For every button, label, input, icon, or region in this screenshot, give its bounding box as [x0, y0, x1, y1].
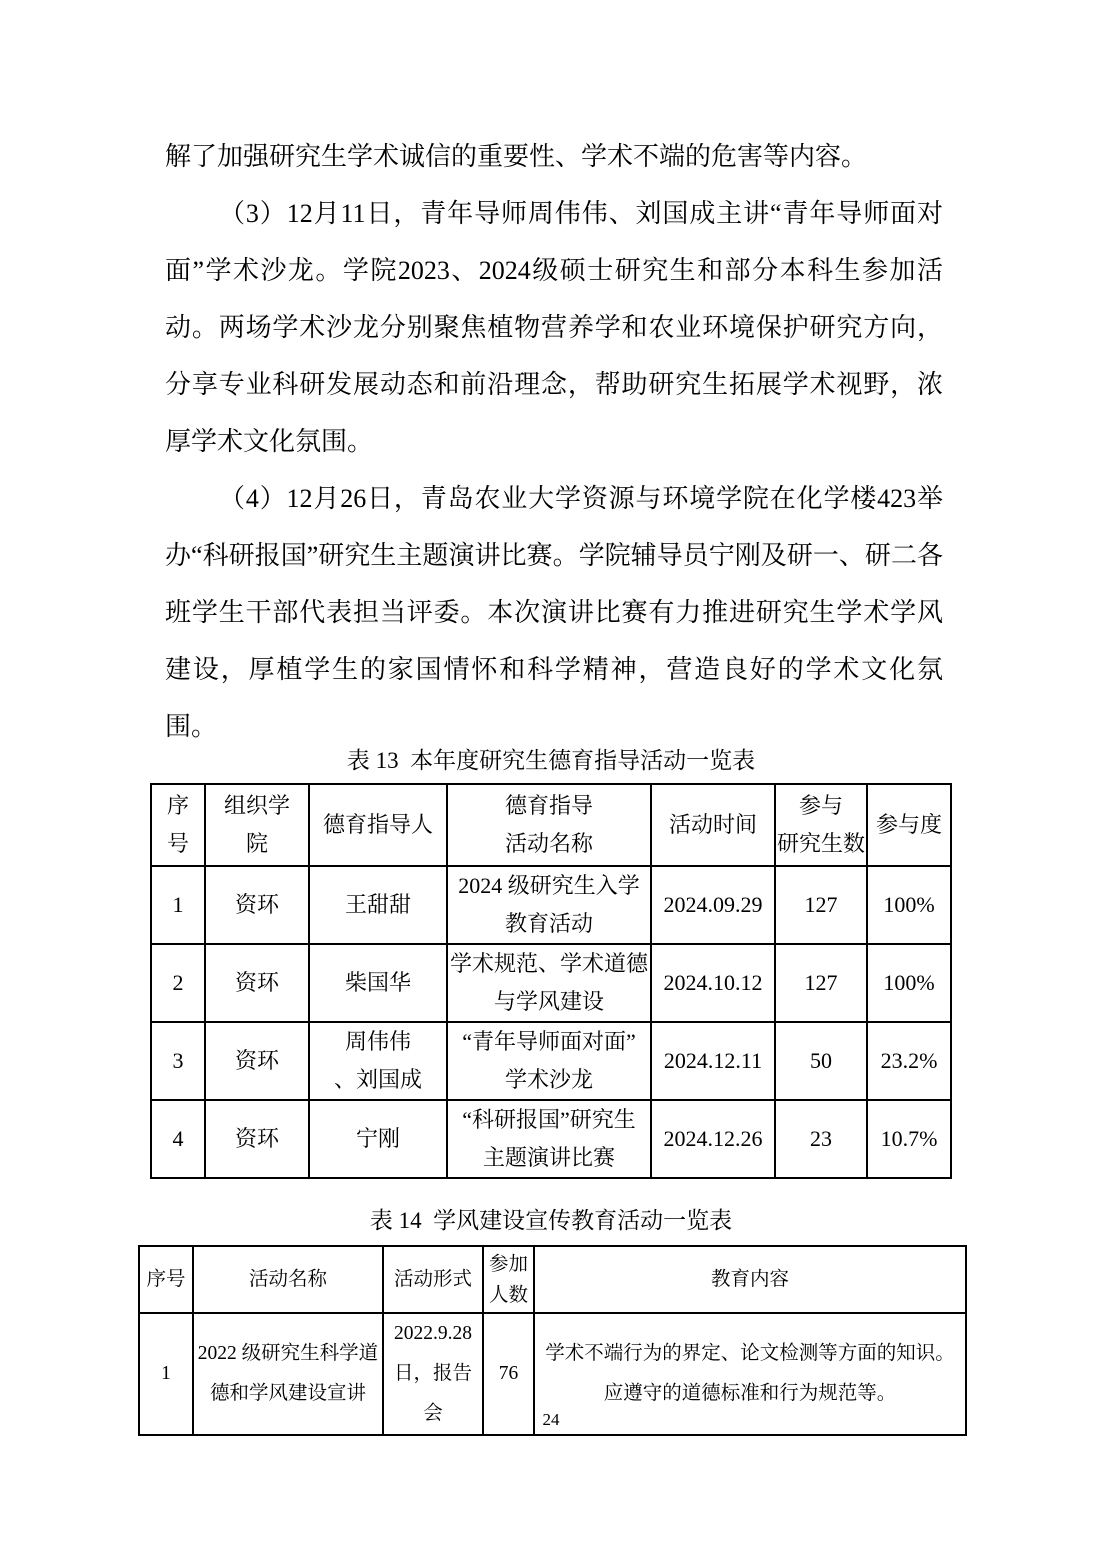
header-cell-college: 组织学 院 — [205, 784, 309, 866]
header-cell-instructor: 德育指导人 — [309, 784, 447, 866]
table-14-caption: 表 14 学风建设宣传教育活动一览表 — [0, 1202, 1102, 1235]
cell-activity-name: “青年导师面对面” 学术沙龙 — [447, 1022, 651, 1100]
cell-instructor: 周伟伟 、刘国成 — [309, 1022, 447, 1100]
cell-activity-time: 2024.10.12 — [651, 944, 775, 1022]
cell-participation-rate: 100% — [867, 866, 951, 944]
table-14-style-of-study-publicity-activities: 序号 活动名称 活动形式 参加 人数 教育内容 1 2022 级研究生科学道 德… — [138, 1245, 967, 1436]
header-cell-participants: 参与 研究生数 — [775, 784, 867, 866]
header-cell-activity-name: 德育指导 活动名称 — [447, 784, 651, 866]
cell-college: 资环 — [205, 944, 309, 1022]
document-page: 解了加强研究生学术诚信的重要性、学术不端的危害等内容。 （3）12月11日，青年… — [0, 0, 1102, 1559]
cell-activity-time: 2024.12.11 — [651, 1022, 775, 1100]
cell-seq: 4 — [151, 1100, 205, 1178]
paragraph-item-3: （3）12月11日，青年导师周伟伟、刘国成主讲“青年导师面对面”学术沙龙。学院2… — [165, 185, 943, 470]
header-cell-participation-rate: 参与度 — [867, 784, 951, 866]
cell-seq: 1 — [151, 866, 205, 944]
header-cell-education-content: 教育内容 — [534, 1246, 966, 1313]
cell-activity-time: 2024.09.29 — [651, 866, 775, 944]
table-13-row-2: 2 资环 柴国华 学术规范、学术道德 与学风建设 2024.10.12 127 … — [151, 944, 951, 1022]
page-number: 24 — [0, 1410, 1102, 1430]
paragraph-item-4: （4）12月26日，青岛农业大学资源与环境学院在化学楼423举办“科研报国”研究… — [165, 470, 943, 755]
body-text: 解了加强研究生学术诚信的重要性、学术不端的危害等内容。 （3）12月11日，青年… — [165, 128, 943, 755]
cell-participation-rate: 100% — [867, 944, 951, 1022]
cell-activity-name: 学术规范、学术道德 与学风建设 — [447, 944, 651, 1022]
cell-participants: 127 — [775, 944, 867, 1022]
cell-college: 资环 — [205, 866, 309, 944]
cell-instructor: 宁刚 — [309, 1100, 447, 1178]
cell-seq: 2 — [151, 944, 205, 1022]
header-cell-seq: 序 号 — [151, 784, 205, 866]
cell-college: 资环 — [205, 1022, 309, 1100]
cell-seq: 3 — [151, 1022, 205, 1100]
table-13-header-row: 序 号 组织学 院 德育指导人 德育指导 活动名称 活动时间 参与 研究生数 参… — [151, 784, 951, 866]
header-cell-participants: 参加 人数 — [483, 1246, 534, 1313]
cell-activity-name: “科研报国”研究生 主题演讲比赛 — [447, 1100, 651, 1178]
header-cell-activity-name: 活动名称 — [193, 1246, 383, 1313]
cell-instructor: 柴国华 — [309, 944, 447, 1022]
cell-activity-name: 2024 级研究生入学 教育活动 — [447, 866, 651, 944]
cell-college: 资环 — [205, 1100, 309, 1178]
table-13-moral-education-activities: 序 号 组织学 院 德育指导人 德育指导 活动名称 活动时间 参与 研究生数 参… — [150, 783, 952, 1179]
cell-participants: 127 — [775, 866, 867, 944]
cell-participation-rate: 10.7% — [867, 1100, 951, 1178]
cell-participation-rate: 23.2% — [867, 1022, 951, 1100]
cell-participants: 50 — [775, 1022, 867, 1100]
table-13-caption: 表 13 本年度研究生德育指导活动一览表 — [0, 742, 1102, 775]
header-cell-activity-time: 活动时间 — [651, 784, 775, 866]
table-14-header-row: 序号 活动名称 活动形式 参加 人数 教育内容 — [139, 1246, 966, 1313]
header-cell-activity-form: 活动形式 — [383, 1246, 483, 1313]
cell-instructor: 王甜甜 — [309, 866, 447, 944]
table-13-row-3: 3 资环 周伟伟 、刘国成 “青年导师面对面” 学术沙龙 2024.12.11 … — [151, 1022, 951, 1100]
paragraph-continuation: 解了加强研究生学术诚信的重要性、学术不端的危害等内容。 — [165, 128, 943, 185]
header-cell-seq: 序号 — [139, 1246, 193, 1313]
table-13-row-4: 4 资环 宁刚 “科研报国”研究生 主题演讲比赛 2024.12.26 23 1… — [151, 1100, 951, 1178]
table-13-row-1: 1 资环 王甜甜 2024 级研究生入学 教育活动 2024.09.29 127… — [151, 866, 951, 944]
cell-participants: 23 — [775, 1100, 867, 1178]
cell-activity-time: 2024.12.26 — [651, 1100, 775, 1178]
